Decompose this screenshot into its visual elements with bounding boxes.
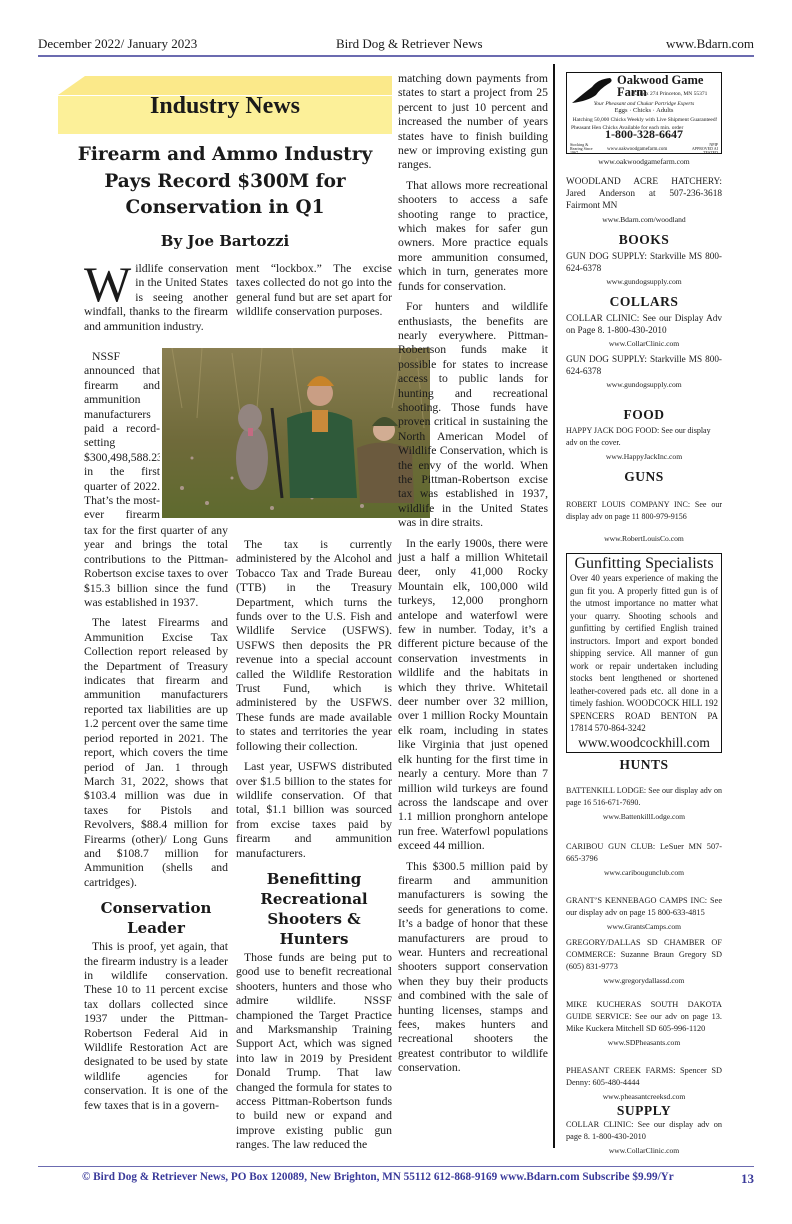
url-link[interactable]: www.BattenkillLodge.com	[566, 811, 722, 823]
subheading: Conservation Leader	[84, 898, 228, 938]
listing: COLLAR CLINIC: See our display adv on pa…	[566, 1119, 722, 1143]
listing: GRANT’S KENNEBAGO CAMPS INC: See our dis…	[566, 895, 722, 919]
url-link[interactable]: www.GrantsCamps.com	[566, 921, 722, 933]
listing-woodland: WOODLAND ACRE HATCHERY: Jared Anderson a…	[566, 176, 722, 212]
paragraph: Those funds are being put to good use to…	[236, 951, 392, 1153]
paragraph: The latest Firearms and Ammunition Excis…	[84, 616, 228, 890]
paragraph: ment “lockbox.” The excise taxes collect…	[236, 262, 392, 320]
url-link[interactable]: www.RobertLouisCo.com	[566, 533, 722, 545]
category-supply: SUPPLY	[566, 1105, 722, 1117]
ad-title: Gunfitting Specialists	[570, 555, 718, 572]
oakwood-phone: 1-800-328-6647	[567, 128, 721, 140]
url-link[interactable]: www.pheasantcreeksd.com	[566, 1091, 722, 1103]
paragraph: Last year, USFWS distributed over $1.5 b…	[236, 760, 392, 861]
category-guns: GUNS	[566, 471, 722, 483]
url-link[interactable]: www.gundogsupply.com	[566, 379, 722, 391]
classified-sidebar: Oakwood Game Farm PO Box 274 Princeton, …	[566, 72, 722, 1165]
article-photo	[162, 348, 430, 518]
paragraph: matching down payments from states to st…	[398, 72, 548, 173]
url-link[interactable]: www.CollarClinic.com	[566, 1145, 722, 1157]
listing: PHEASANT CREEK FARMS: Spencer SD Denny: …	[566, 1065, 722, 1089]
subheading: Benefitting Recreational Shooters & Hunt…	[236, 869, 392, 949]
article-byline: By Joe Bartozzi	[70, 232, 380, 250]
listing: ROBERT LOUIS COMPANY INC: See our displa…	[566, 499, 722, 523]
article-column-1-wrap: NSSF announced that firearm and ammuniti…	[84, 350, 160, 520]
paragraph: This $300.5 million paid by firearm and …	[398, 860, 548, 1076]
footer-copyright: © Bird Dog & Retriever News, PO Box 1200…	[82, 1171, 674, 1183]
paragraph: For hunters and wildlife enthusiasts, th…	[398, 300, 548, 531]
category-collars: COLLARS	[566, 296, 722, 308]
hunter-dog-photo-icon	[162, 348, 430, 518]
website-link[interactable]: www.Bdarn.com	[666, 36, 754, 52]
page-footer: © Bird Dog & Retriever News, PO Box 1200…	[38, 1166, 754, 1167]
page-number: 13	[741, 1171, 754, 1187]
listing: GREGORY/DALLAS SD CHAMBER OF COMMERCE: S…	[566, 937, 722, 973]
listing: COLLAR CLINIC: See our Display Adv on Pa…	[566, 312, 722, 336]
listing: GUN DOG SUPPLY: Starkville MS 800-624-63…	[566, 353, 722, 377]
listing: CARIBOU GUN CLUB: LeSuer MN 507-665-3796	[566, 841, 722, 865]
article-column-1: Wildlife conservation in the United Stat…	[84, 262, 228, 341]
paragraph: NSSF announced that firearm and ammuniti…	[84, 350, 160, 520]
category-books: BOOKS	[566, 234, 722, 246]
paragraph: The tax is currently administered by the…	[236, 538, 392, 754]
page-header: December 2022/ January 2023 Bird Dog & R…	[38, 36, 754, 57]
paragraph: This is proof, yet again, that the firea…	[84, 940, 228, 1113]
category-hunts: HUNTS	[566, 759, 722, 771]
drop-cap: W	[84, 264, 131, 304]
url-link[interactable]: www.CollarClinic.com	[566, 338, 722, 350]
paragraph: Wildlife conservation in the United Stat…	[84, 262, 228, 334]
article-column-3: matching down payments from states to st…	[398, 72, 548, 1082]
publication-name: Bird Dog & Retriever News	[336, 36, 483, 52]
article-column-2-lower: The tax is currently administered by the…	[236, 538, 392, 1159]
paragraph: tax for the first quarter of any year an…	[84, 524, 228, 610]
url-link[interactable]: www.HappyJackInc.com	[566, 451, 722, 463]
article-headline: Firearm and Ammo Industry Pays Record $3…	[70, 142, 380, 222]
column-divider	[553, 64, 555, 1148]
gunfitting-specialists-ad[interactable]: Gunfitting Specialists Over 40 years exp…	[566, 553, 722, 753]
listing: GUN DOG SUPPLY: Starkville MS 800-624-63…	[566, 250, 722, 274]
category-food: FOOD	[566, 409, 722, 421]
issue-date: December 2022/ January 2023	[38, 36, 197, 52]
article-column-2: ment “lockbox.” The excise taxes collect…	[236, 262, 392, 326]
oakwood-game-farm-ad[interactable]: Oakwood Game Farm PO Box 274 Princeton, …	[566, 72, 722, 154]
listing: MIKE KUCHERAS SOUTH DAKOTA GUIDE SERVICE…	[566, 999, 722, 1035]
section-banner: Industry News	[58, 76, 392, 134]
paragraph: In the early 1900s, there were just a ha…	[398, 537, 548, 854]
article-column-1-lower: tax for the first quarter of any year an…	[84, 524, 228, 1119]
ad-body: Over 40 years experience of making the g…	[570, 572, 718, 735]
paragraph: That allows more recreational shooters t…	[398, 179, 548, 294]
url-link[interactable]: www.Bdarn.com/woodland	[566, 214, 722, 226]
listing: BATTENKILL LODGE: See our display adv on…	[566, 785, 722, 809]
url-link[interactable]: www.gregorydallassd.com	[566, 975, 722, 987]
url-link[interactable]: www.gundogsupply.com	[566, 276, 722, 288]
url-link[interactable]: www.oakwoodgamefarm.com	[566, 156, 722, 168]
url-link[interactable]: www.caribougunclub.com	[566, 867, 722, 879]
ad-url[interactable]: www.woodcockhill.com	[570, 735, 718, 751]
url-link[interactable]: www.SDPheasants.com	[566, 1037, 722, 1049]
listing: HAPPY JACK DOG FOOD: See our display adv…	[566, 425, 722, 449]
section-title: Industry News	[58, 93, 392, 120]
